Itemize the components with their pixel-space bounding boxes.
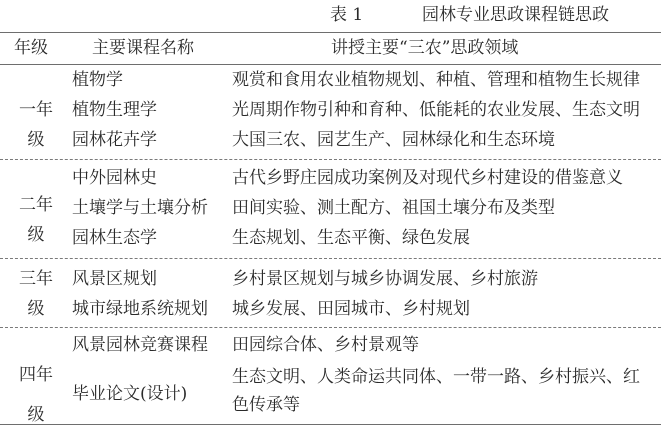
course-name: 风景区规划 xyxy=(72,268,157,290)
course-domain: 乡村景区规划与城乡协调发展、乡村旅游 xyxy=(232,268,538,290)
grade-label: 级 xyxy=(14,395,58,427)
course-domain: 田园综合体、乡村景观等 xyxy=(232,334,419,356)
row-divider xyxy=(0,159,661,160)
course-name: 园林花卉学 xyxy=(72,129,157,151)
grade-label: 级 xyxy=(14,220,58,250)
table-caption: 表 1 园林专业思政课程链思政 xyxy=(0,2,661,28)
course-name: 风景园林竞赛课程 xyxy=(72,334,208,356)
top-rule xyxy=(0,32,661,33)
grade-cell: 四年 级 xyxy=(14,355,58,427)
header-domain: 讲授主要“三农”思政领域 xyxy=(331,37,518,59)
row-divider xyxy=(0,258,661,259)
grade-label: 级 xyxy=(14,125,58,155)
grade-cell: 一年 级 xyxy=(14,95,58,155)
course-domain: 观赏和食用农业植物规划、种植、管理和植物生长规律 xyxy=(232,69,640,91)
course-domain: 色传承等 xyxy=(232,394,300,416)
table-title: 园林专业思政课程链思政 xyxy=(422,2,609,28)
grade-cell: 二年 级 xyxy=(14,190,58,250)
table-number: 表 1 xyxy=(330,2,363,28)
course-domain: 城乡发展、田园城市、乡村规划 xyxy=(232,298,470,320)
course-domain: 生态规划、生态平衡、绿色发展 xyxy=(232,227,470,249)
header-grade: 年级 xyxy=(14,37,48,59)
bottom-rule xyxy=(0,424,661,425)
course-name: 植物生理学 xyxy=(72,99,157,121)
course-domain: 古代乡野庄园成功案例及对现代乡村建设的借鉴意义 xyxy=(232,167,623,189)
course-domain: 生态文明、人类命运共同体、一带一路、乡村振兴、红 xyxy=(232,366,640,388)
grade-cell: 三年 级 xyxy=(14,264,58,324)
grade-label: 级 xyxy=(14,294,58,324)
course-name: 土壤学与土壤分析 xyxy=(72,197,208,219)
grade-label: 四年 xyxy=(14,355,58,395)
course-name: 中外园林史 xyxy=(72,167,157,189)
course-domain: 光周期作物引种和育种、低能耗的农业发展、生态文明 xyxy=(232,99,640,121)
course-name: 城市绿地系统规划 xyxy=(72,298,208,320)
course-name: 毕业论文(设计) xyxy=(72,383,187,405)
course-name: 植物学 xyxy=(72,69,123,91)
grade-label: 一年 xyxy=(14,95,58,125)
header-course: 主要课程名称 xyxy=(92,37,194,59)
course-domain: 大国三农、园艺生产、园林绿化和生态环境 xyxy=(232,129,555,151)
grade-label: 三年 xyxy=(14,264,58,294)
course-name: 园林生态学 xyxy=(72,227,157,249)
course-domain: 田间实验、测土配方、祖国土壤分布及类型 xyxy=(232,197,555,219)
header-rule xyxy=(0,64,661,65)
row-divider xyxy=(0,327,661,328)
grade-label: 二年 xyxy=(14,190,58,220)
